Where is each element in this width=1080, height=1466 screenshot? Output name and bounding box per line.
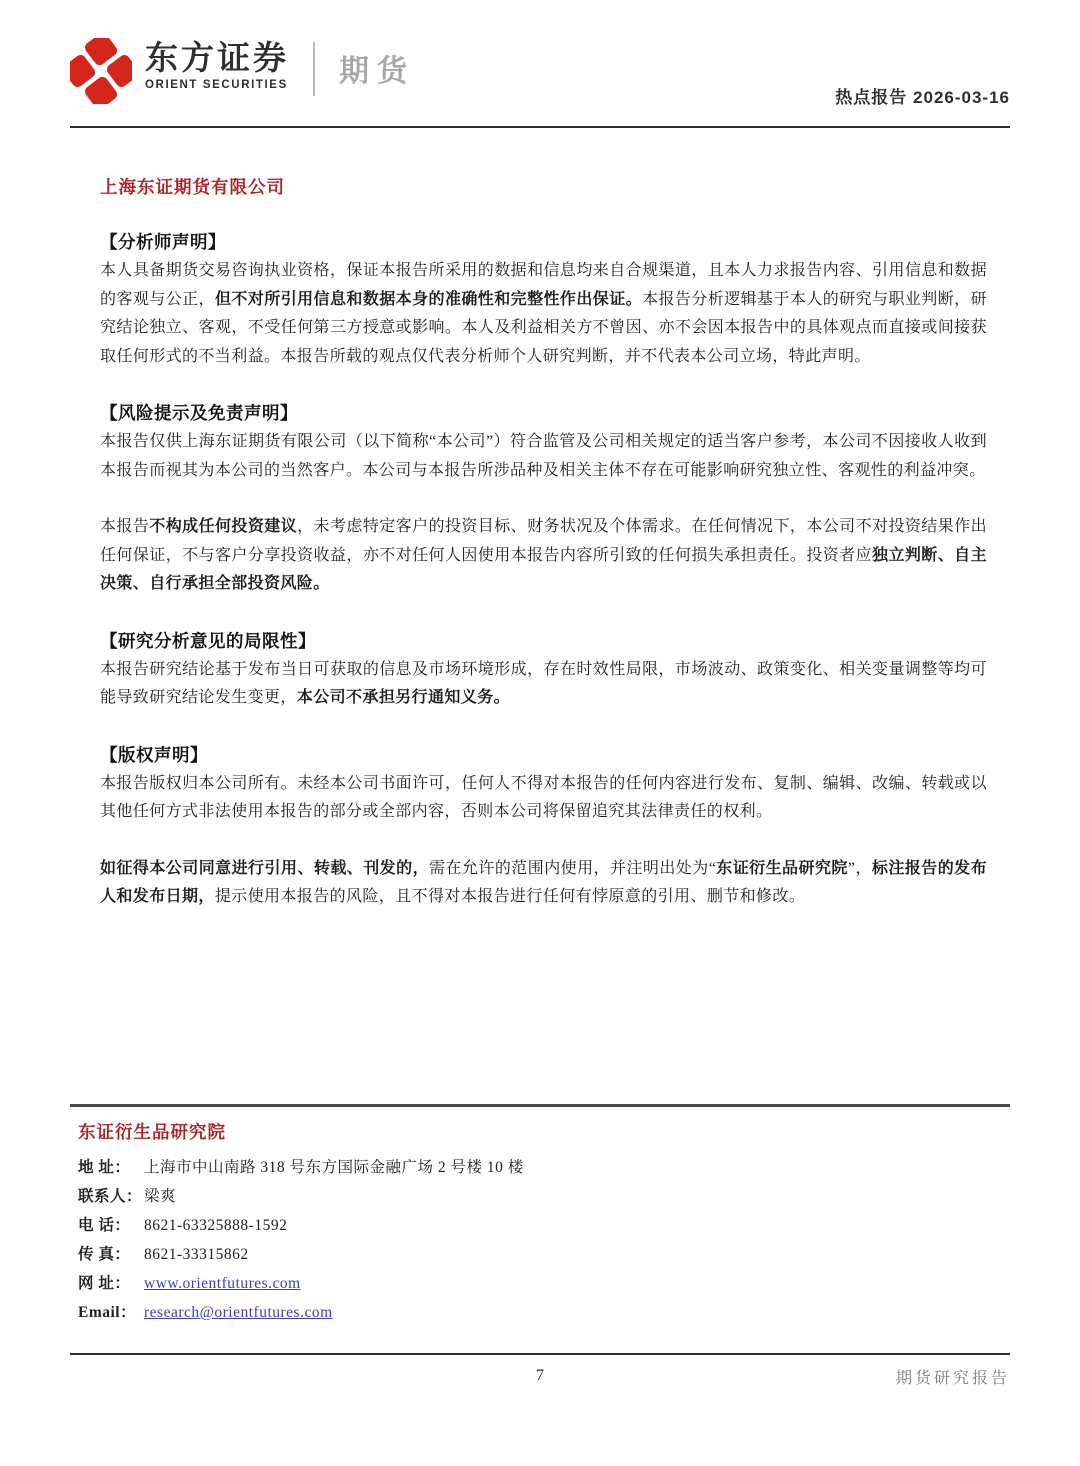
- text-segment: 需在允许的范围内使用，并注明出处为“: [429, 860, 716, 877]
- contact-rule: [70, 1104, 1010, 1107]
- sections: 【分析师声明】本人具备期货交易咨询执业资格，保证本报告所采用的数据和信息均来自合…: [100, 228, 987, 912]
- contact-link[interactable]: research@orientfutures.com: [144, 1304, 333, 1321]
- page-number: 7: [70, 1367, 1010, 1385]
- contact-row: Email：research@orientfutures.com: [78, 1298, 1010, 1327]
- disclaimer-section: 【研究分析意见的局限性】本报告研究结论基于发布当日可获取的信息及市场环境形成，存…: [100, 627, 987, 713]
- logo-en-label: ORIENT SECURITIES: [145, 79, 289, 91]
- report-date: 2026-03-16: [913, 88, 1010, 107]
- contact-row-value: 上海市中山南路 318 号东方国际金融广场 2 号楼 10 楼: [144, 1159, 524, 1176]
- text-segment: 本报告版权归本公司所有。未经本公司书面许可，任何人不得对本报告的任何内容进行发布…: [100, 775, 987, 821]
- report-page: 东方证券 ORIENT SECURITIES 期货 热点报告 2026-03-1…: [0, 0, 1080, 1466]
- contact-row-label: 联系人：: [78, 1182, 144, 1211]
- paragraph: 本人具备期货交易咨询执业资格，保证本报告所采用的数据和信息均来自合规渠道，且本人…: [100, 257, 987, 371]
- text-segment: 但不对所引用信息和数据本身的准确性和完整性作出保证。: [215, 291, 642, 308]
- document-body: 上海东证期货有限公司 【分析师声明】本人具备期货交易咨询执业资格，保证本报告所采…: [100, 174, 987, 912]
- contact-row: 联系人：梁爽: [78, 1182, 1010, 1211]
- division-label: 期货: [339, 46, 415, 90]
- paragraph: 本报告研究结论基于发布当日可获取的信息及市场环境形成，存在时效性局限，市场波动、…: [100, 656, 987, 713]
- paragraph: 如征得本公司同意进行引用、转载、刊发的，需在允许的范围内使用，并注明出处为“东证…: [100, 855, 987, 912]
- contact-row-value: 梁爽: [144, 1188, 176, 1205]
- footer-rule: [70, 1353, 1010, 1355]
- disclaimer-section: 【版权声明】本报告版权归本公司所有。未经本公司书面许可，任何人不得对本报告的任何…: [100, 741, 987, 912]
- text-segment: 不构成任何投资建议: [149, 518, 297, 535]
- text-segment: 提示使用本报告的风险，且不得对本报告进行任何有悖原意的引用、删节和修改。: [215, 888, 805, 905]
- company-title: 上海东证期货有限公司: [100, 174, 987, 200]
- text-segment: 本报告仅供上海东证期货有限公司（以下简称“本公司”）符合监管及公司相关规定的适当…: [100, 433, 987, 479]
- contact-row: 地 址：上海市中山南路 318 号东方国际金融广场 2 号楼 10 楼: [78, 1153, 1010, 1182]
- orient-securities-logo: 东方证券 ORIENT SECURITIES: [70, 34, 289, 104]
- logo-cn-label: 东方证券: [145, 40, 289, 76]
- logo-text: 东方证券 ORIENT SECURITIES: [145, 34, 289, 91]
- contact-link[interactable]: www.orientfutures.com: [144, 1275, 301, 1292]
- text-segment: ”，: [848, 860, 872, 877]
- section-heading: 【版权声明】: [100, 741, 987, 770]
- contact-row-label: 传 真：: [78, 1240, 144, 1269]
- report-type-label: 热点报告: [835, 88, 907, 107]
- paragraph: 本报告不构成任何投资建议，未考虑特定客户的投资目标、财务状况及个体需求。在任何情…: [100, 513, 987, 599]
- contact-heading: 东证衍生品研究院: [78, 1119, 1010, 1145]
- text-segment: 东证衍生品研究院: [716, 860, 848, 877]
- text-segment: 本报告研究结论基于发布当日可获取的信息及市场环境形成，存在时效性局限，市场波动、…: [100, 661, 987, 707]
- disclaimer-section: 【分析师声明】本人具备期货交易咨询执业资格，保证本报告所采用的数据和信息均来自合…: [100, 228, 987, 371]
- section-heading: 【分析师声明】: [100, 228, 987, 257]
- section-heading: 【研究分析意见的局限性】: [100, 627, 987, 656]
- contact-row-label: 网 址：: [78, 1269, 144, 1298]
- orient-securities-logo-icon: [70, 38, 132, 104]
- paragraph: 本报告版权归本公司所有。未经本公司书面许可，任何人不得对本报告的任何内容进行发布…: [100, 770, 987, 827]
- page-header: 东方证券 ORIENT SECURITIES 期货 热点报告 2026-03-1…: [70, 0, 1010, 110]
- header-rule: [70, 126, 1010, 128]
- contact-row: 传 真：8621-33315862: [78, 1240, 1010, 1269]
- contact-row-value: 8621-33315862: [144, 1246, 249, 1263]
- contact-row-value: 8621-63325888-1592: [144, 1217, 287, 1234]
- contact-row-label: 地 址：: [78, 1153, 144, 1182]
- paragraph: 本报告仅供上海东证期货有限公司（以下简称“本公司”）符合监管及公司相关规定的适当…: [100, 428, 987, 485]
- report-series-label: 期货研究报告: [896, 1365, 1010, 1388]
- text-segment: 本公司不承担另行通知义务。: [297, 689, 510, 706]
- contact-block: 东证衍生品研究院 地 址：上海市中山南路 318 号东方国际金融广场 2 号楼 …: [70, 1104, 1010, 1327]
- contact-rows: 地 址：上海市中山南路 318 号东方国际金融广场 2 号楼 10 楼联系人：梁…: [78, 1153, 1010, 1327]
- contact-row-label: Email：: [78, 1298, 144, 1327]
- text-segment: 如征得本公司同意进行引用、转载、刊发的，: [100, 860, 429, 877]
- contact-row: 电 话：8621-63325888-1592: [78, 1211, 1010, 1240]
- disclaimer-section: 【风险提示及免责声明】本报告仅供上海东证期货有限公司（以下简称“本公司”）符合监…: [100, 399, 987, 599]
- logo-divider: [313, 42, 315, 96]
- report-meta: 热点报告 2026-03-16: [835, 83, 1010, 110]
- text-segment: 本报告: [100, 518, 149, 535]
- contact-row: 网 址：www.orientfutures.com: [78, 1269, 1010, 1298]
- contact-row-label: 电 话：: [78, 1211, 144, 1240]
- section-heading: 【风险提示及免责声明】: [100, 399, 987, 428]
- page-footer: 7 期货研究报告: [70, 1353, 1010, 1355]
